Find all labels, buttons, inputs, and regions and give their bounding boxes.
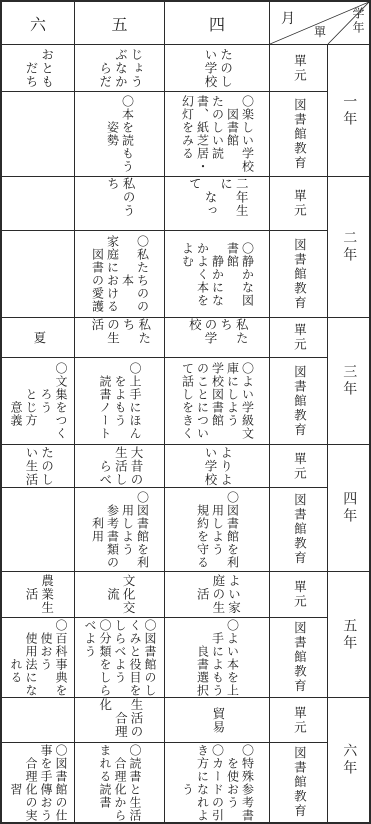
cell-text: 農業生 活 [22,574,53,615]
cell-y1-unit-june: おとも だち [2,45,74,91]
cell-y3-unit-april: 私たち の学校 [165,318,269,357]
row-label-text: 図書館教育 [291,746,307,819]
cell-text: 二年生に なって [186,177,249,230]
grade-cell-year5: 五年 [328,572,369,697]
cell-y2-unit-april: 二年生に なって [165,177,269,230]
row-label-text: 図書館教育 [291,493,307,566]
grade-label: 三年 [340,364,358,398]
row-label-library-y3: 図書館教育 [270,358,327,444]
corner-header-cell: 月 單 学年 [270,2,369,44]
row-label-text: 図書館教育 [291,365,307,438]
corner-month-label: 月 [281,8,295,28]
cell-text: 私たち の学校 [186,318,249,357]
row-label-library-y6: 図書館教育 [270,743,327,822]
row-label-unit-y3: 單元 [270,318,327,357]
cell-y4-unit-april: よりよ い学校 [165,445,269,487]
row-label-text: 図書館教育 [291,98,307,171]
cell-y5-library-may: 〇図書館のし くみと役目を しらべよう 〇分類をしら べよう [75,618,164,697]
corner-unit-label: 單 [314,23,326,40]
cell-text: 〇百科事典を 使おう 使用法にな れる [8,619,68,697]
row-label-text: 單元 [291,323,307,352]
grade-label: 一年 [340,94,358,128]
row-label-text: 図書館教育 [291,238,307,311]
row-label-text: 図書館教育 [291,621,307,694]
cell-text: よい家 庭の生 活 [194,574,241,615]
cell-y4-library-april: 〇図書館を利 用しよう 規約を守る [165,488,269,571]
cell-y1-unit-may: じょう ぶなか らだ [75,45,164,91]
cell-text: 大昔の 生活し らべ [96,446,143,487]
cell-y6-library-april: 〇特殊参考書 を使おう 〇カードの引 き方になれよ う [165,743,269,822]
cell-y3-library-may: 〇上手にほん をよもう 読書ノート [75,358,164,444]
grade-cell-year2: 二年 [328,177,369,317]
cell-y6-library-may: 〇読書と生活 合理化から まれる読書 [75,743,164,822]
grade-cell-year6: 六年 [328,698,369,822]
row-label-unit-y5: 單元 [270,572,327,617]
row-label-text: 單元 [291,580,307,609]
cell-y6-unit-june [2,698,74,742]
cell-text: 〇図書館のし くみと役目を しらべよう 〇分類をしら べよう [82,619,157,697]
row-label-library-y4: 図書館教育 [270,488,327,571]
cell-y2-unit-may: 私のうち [75,177,164,230]
row-label-text: 單元 [291,706,307,735]
row-label-unit-y6: 單元 [270,698,327,742]
month-header-june-label: 六 [30,12,46,35]
cell-y4-unit-june: たのし い生活 [2,445,74,487]
cell-text: よりよ い学校 [201,446,232,487]
cell-y5-library-june: 〇百科事典を 使おう 使用法にな れる [2,618,74,697]
cell-text: 〇よい学級文 庫にしよう 学校図書館 のことについ て話しをきく [180,362,255,440]
grade-label: 六年 [340,743,358,777]
cell-text: じょう ぶなか らだ [96,48,143,89]
cell-y3-unit-may: 私たち の生活 [75,318,164,357]
cell-y3-library-april: 〇よい学級文 庫にしよう 学校図書館 のことについ て話しをきく [165,358,269,444]
cell-text: 〇文集をつく ろう とじ方 意義 [8,362,68,440]
cell-y6-unit-april: 貿易 [165,698,269,742]
grade-cell-year1: 一年 [328,45,369,176]
grade-cell-year4: 四年 [328,445,369,571]
row-label-text: 單元 [291,189,307,218]
cell-y6-library-june: 〇図書館の仕 事を手傳おう 合理化の実 習 [2,743,74,822]
cell-text: 〇図書館を利 用しよう 規約を守る [195,491,240,569]
cell-y2-library-june [2,231,74,317]
cell-text: 〇静かな図 書館 静かにな かよく本を よむ [180,242,255,307]
cell-text: たのし い学校 [201,48,232,89]
cell-y1-unit-april: たのし い学校 [165,45,269,91]
cell-y2-library-may: 〇私たちのの 本 家庭における 図書の愛護 [75,231,164,317]
row-label-unit-y4: 單元 [270,445,327,487]
grade-label: 五年 [340,618,358,652]
row-label-unit-y2: 單元 [270,177,327,230]
month-header-june: 六 [2,2,74,44]
row-label-text: 單元 [291,54,307,83]
row-label-library-y1: 図書館教育 [270,92,327,176]
cell-y1-library-may: 〇本を読もう 姿勢 [75,92,164,176]
row-label-unit-y1: 單元 [270,45,327,91]
cell-text: 〇よい本を上 手によもう 良書選択 [195,619,240,697]
cell-y5-library-april: 〇よい本を上 手によもう 良書選択 [165,618,269,697]
cell-text: たのし い生活 [22,446,53,487]
cell-text: 〇図書館の仕 事を手傳おう 合理化の実 習 [8,744,68,822]
grade-cell-year3: 三年 [328,318,369,444]
month-header-may-label: 五 [111,12,127,35]
cell-text: 私たち の生活 [88,318,151,357]
corner-grade-label: 学年 [352,7,364,35]
cell-text: 〇特殊参考書 を使おう 〇カードの引 き方になれよ う [180,744,255,822]
curriculum-table: 六 五 四 月 單 学年 おとも だち じょう ぶなか らだ たのし い学校 單… [0,0,371,824]
cell-y5-unit-may: 文化交 流 [75,572,164,617]
cell-y1-library-june [2,92,74,176]
grade-label: 四年 [340,491,358,525]
cell-y5-unit-april: よい家 庭の生 活 [165,572,269,617]
cell-text: おとも だち [22,48,53,89]
cell-y1-library-april: 〇楽しい学校 図書館 たのしい読 書、紙芝居・ 幻灯をみる [165,92,269,176]
cell-text: 生活の 合理化 [96,698,143,742]
row-label-text: 單元 [291,452,307,481]
cell-text: 私のうち [104,177,135,230]
cell-text: 貿易 [209,707,225,734]
cell-y3-unit-june: 夏 [2,318,74,357]
grade-label: 二年 [340,230,358,264]
cell-text: 〇本を読もう 姿勢 [105,95,135,173]
cell-y5-unit-june: 農業生 活 [2,572,74,617]
cell-y4-unit-may: 大昔の 生活し らべ [75,445,164,487]
row-label-library-y2: 図書館教育 [270,231,327,317]
cell-text: 〇私たちのの 本 家庭における 図書の愛護 [90,235,150,313]
month-header-may: 五 [75,2,164,44]
cell-y2-library-april: 〇静かな図 書館 静かにな かよく本を よむ [165,231,269,317]
cell-text: 夏 [30,331,46,345]
cell-y2-unit-june [2,177,74,230]
cell-text: 〇読書と生活 合理化から まれる読書 [97,744,142,822]
cell-text: 〇図書館を利 用しよう 参考書類の 利用 [90,491,150,569]
cell-text: 〇楽しい学校 図書館 たのしい読 書、紙芝居・ 幻灯をみる [180,95,255,173]
month-header-april: 四 [165,2,269,44]
cell-y6-unit-may: 生活の 合理化 [75,698,164,742]
cell-y4-library-may: 〇図書館を利 用しよう 参考書類の 利用 [75,488,164,571]
cell-text: 文化交 流 [104,574,135,615]
month-header-april-label: 四 [209,12,225,35]
cell-text: 〇上手にほん をよもう 読書ノート [97,362,142,440]
row-label-library-y5: 図書館教育 [270,618,327,697]
cell-y3-library-june: 〇文集をつく ろう とじ方 意義 [2,358,74,444]
cell-y4-library-june [2,488,74,571]
